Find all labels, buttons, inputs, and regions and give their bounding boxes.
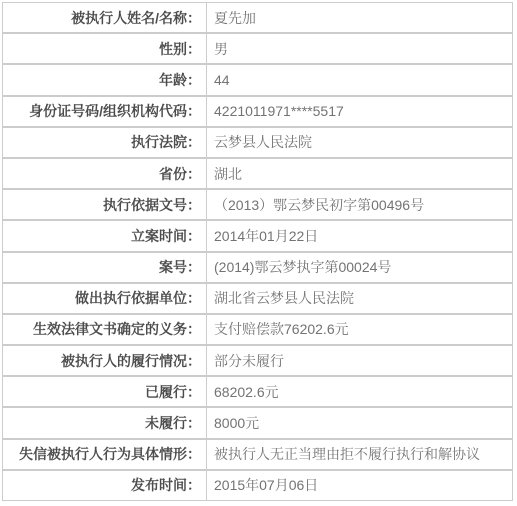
table-row: 做出执行依据单位： 湖北省云梦县人民法院 [2,283,513,314]
row-value: （2013）鄂云梦民初字第00496号 [207,190,512,219]
table-row: 案号： (2014)鄂云梦执字第00024号 [2,252,513,283]
row-value: 支付赔偿款76202.6元 [207,315,512,344]
row-value: 湖北省云梦县人民法院 [207,284,512,313]
table-row: 执行依据文号： （2013）鄂云梦民初字第00496号 [2,189,513,220]
table-row: 性别： 男 [2,33,513,64]
row-label: 发布时间： [3,471,207,500]
table-row: 发布时间： 2015年07月06日 [2,470,513,501]
row-label: 失信被执行人行为具体情形： [3,440,207,469]
table-row: 被执行人的履行情况： 部分未履行 [2,345,513,376]
row-value: 男 [207,34,512,63]
row-value: (2014)鄂云梦执字第00024号 [207,253,512,282]
table-row: 身份证号码/组织机构代码： 4221011971****5517 [2,96,513,127]
row-value: 被执行人无正当理由拒不履行执行和解协议 [207,440,512,469]
row-label: 未履行： [3,408,207,437]
row-label: 案号： [3,253,207,282]
row-value: 68202.6元 [207,377,512,406]
row-label: 立案时间： [3,221,207,250]
row-label: 省份： [3,159,207,188]
table-row: 已履行： 68202.6元 [2,376,513,407]
row-value: 2014年01月22日 [207,221,512,250]
table-row: 执行法院： 云梦县人民法院 [2,127,513,158]
row-label: 做出执行依据单位： [3,284,207,313]
row-label: 生效法律文书确定的义务： [3,315,207,344]
row-label: 执行依据文号： [3,190,207,219]
table-row: 生效法律文书确定的义务： 支付赔偿款76202.6元 [2,314,513,345]
row-value: 2015年07月06日 [207,471,512,500]
row-value: 湖北 [207,159,512,188]
row-value: 44 [207,65,512,94]
row-label: 性别： [3,34,207,63]
table-row: 未履行： 8000元 [2,407,513,438]
row-value: 夏先加 [207,3,512,32]
row-value: 8000元 [207,408,512,437]
table-row: 年龄： 44 [2,64,513,95]
table-row: 失信被执行人行为具体情形： 被执行人无正当理由拒不履行执行和解协议 [2,439,513,470]
row-label: 身份证号码/组织机构代码： [3,97,207,126]
row-label: 被执行人的履行情况： [3,346,207,375]
record-table: 被执行人姓名/名称： 夏先加 性别： 男 年龄： 44 身份证号码/组织机构代码… [2,2,513,501]
row-label: 年龄： [3,65,207,94]
row-value: 云梦县人民法院 [207,128,512,157]
row-label: 被执行人姓名/名称： [3,3,207,32]
table-row: 被执行人姓名/名称： 夏先加 [2,2,513,33]
table-row: 省份： 湖北 [2,158,513,189]
row-label: 已履行： [3,377,207,406]
table-row: 立案时间： 2014年01月22日 [2,220,513,251]
row-label: 执行法院： [3,128,207,157]
row-value: 部分未履行 [207,346,512,375]
row-value: 4221011971****5517 [207,97,512,126]
